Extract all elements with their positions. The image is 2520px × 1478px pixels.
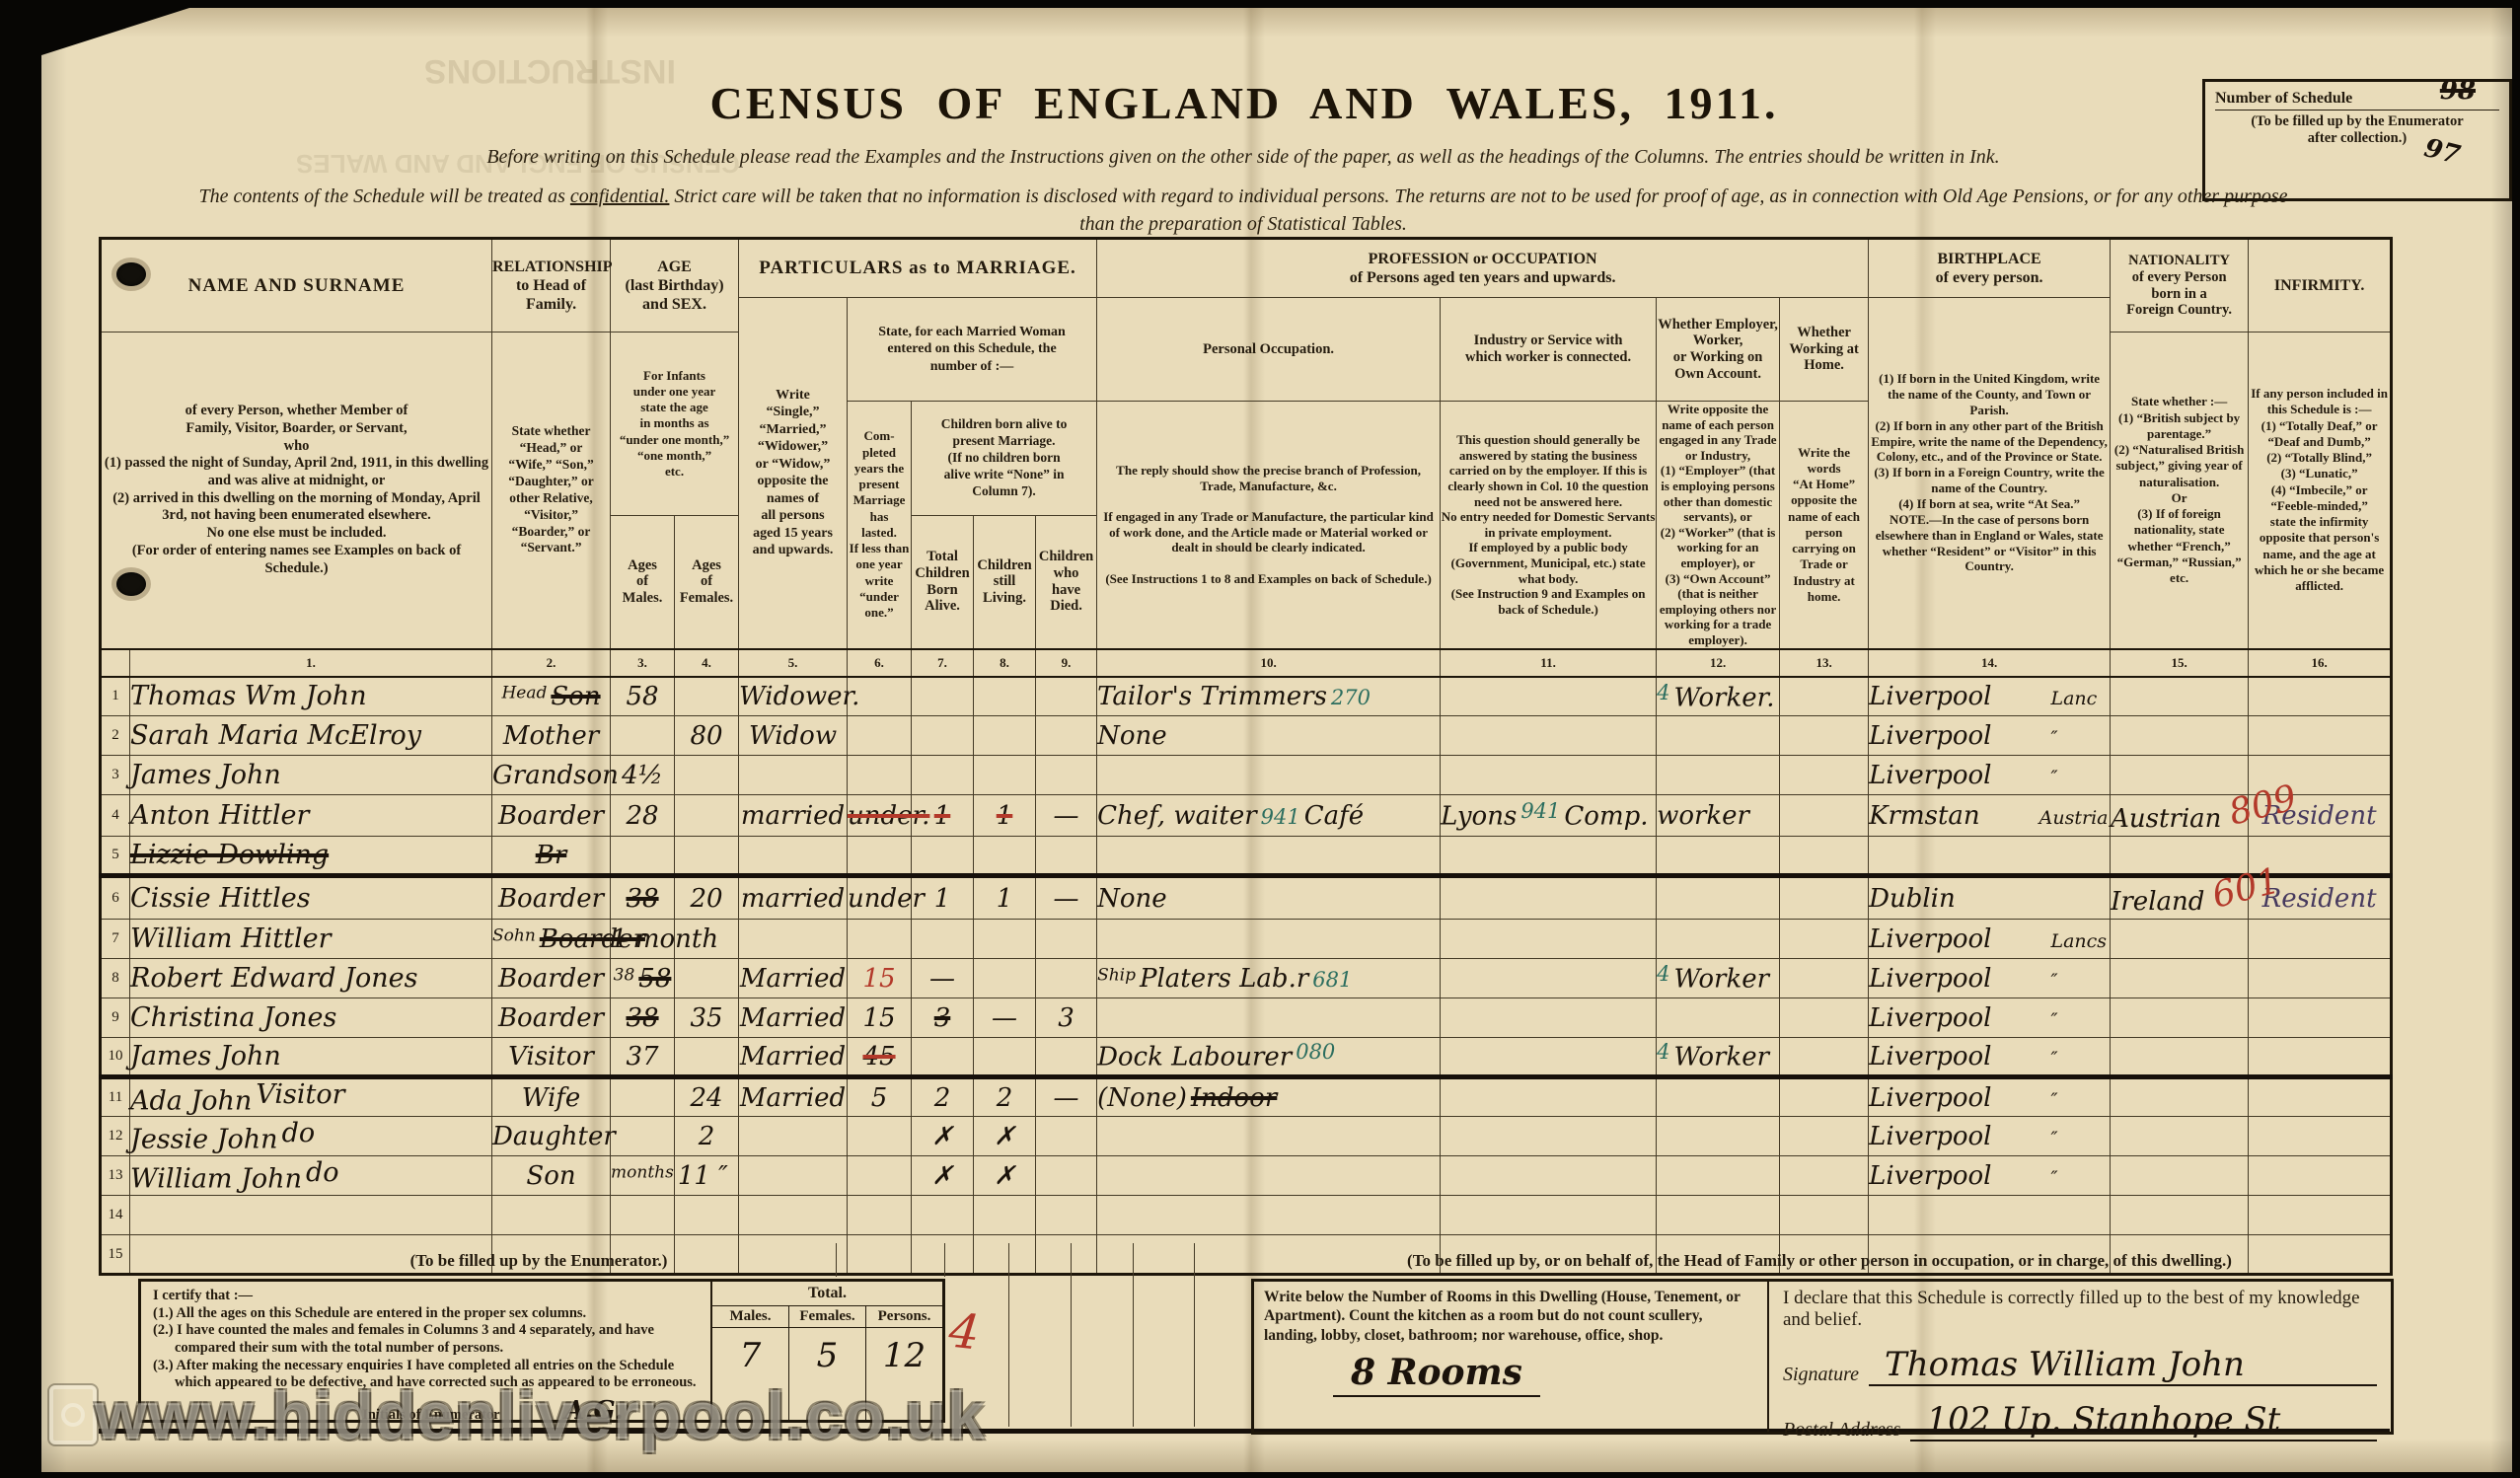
cell-cl: 2 (974, 1077, 1036, 1117)
cell-ind (1441, 1156, 1657, 1196)
table-row: 14 (101, 1196, 2392, 1235)
handwriting: 11 ″ (678, 1161, 728, 1191)
subtitle: Before writing on this Schedule please r… (138, 146, 2348, 169)
handwriting: Boarder (498, 964, 604, 994)
handwriting: William Hittler (130, 924, 332, 954)
handwriting: Mother (503, 721, 599, 751)
handwriting: Chef, waiter (1097, 801, 1257, 831)
cell-occ: Tailor's Trimmers 270 (1097, 677, 1441, 716)
col-num: 12. (1657, 649, 1780, 677)
cell-mar: Married (739, 959, 848, 998)
cell-name: Ada John Visitor (130, 1077, 492, 1117)
cell-af: 35 (675, 998, 739, 1038)
cell-mar: married (739, 795, 848, 837)
cell-ind (1441, 1117, 1657, 1156)
cell-bp: Liverpool ″ (1869, 959, 2111, 998)
red-annotation: 4 (946, 1303, 982, 1362)
cell-emp (1657, 837, 1780, 876)
cell-cb (912, 1196, 974, 1235)
handwriting: 58 (638, 964, 671, 994)
cell-occ: Ship Platers Lab.r 681 (1097, 959, 1441, 998)
header-employer-desc: Write opposite the name of each person e… (1657, 402, 1780, 649)
cell-am (611, 1077, 675, 1117)
signature-row: Signature Thomas William John (1783, 1345, 2377, 1386)
cell-emp: 4 Worker (1657, 959, 1780, 998)
cell-mar (739, 1117, 848, 1156)
row-number: 8 (101, 959, 130, 998)
header-relationship: RELATIONSHIP to Head of Family. (492, 239, 611, 333)
cell-af (675, 756, 739, 795)
signature-value: Thomas William John (1869, 1345, 2377, 1386)
handwriting: Liverpool (1869, 1161, 1991, 1191)
col-num: 11. (1441, 649, 1657, 677)
confidential-line2: than the preparation of Statistical Tabl… (118, 213, 2368, 236)
header-profession: PROFESSION or OCCUPATION of Persons aged… (1097, 239, 1869, 298)
declaration-text: I declare that this Schedule is correctl… (1783, 1288, 2377, 1331)
handwriting: Austria (2039, 807, 2109, 829)
cell-occ: None (1097, 876, 1441, 920)
cell-am (611, 716, 675, 756)
cell-am: 38 (611, 876, 675, 920)
handwriting: Lyons (1441, 802, 1517, 832)
handwriting: Dock Labourer (1097, 1043, 1292, 1072)
cell-home (1780, 1117, 1869, 1156)
cell-rel: Head Son (492, 677, 611, 716)
cell-bp: Liverpool Lancs (1869, 920, 2111, 959)
cell-rel: Br (492, 837, 611, 876)
handwriting: 1 (997, 884, 1013, 914)
header-ages-females: Ages of Females. (675, 516, 739, 649)
cell-emp: worker (1657, 795, 1780, 837)
handwriting: Dublin (1869, 884, 1956, 914)
col-num: 9. (1036, 649, 1097, 677)
cell-cb: 2 (912, 1077, 974, 1117)
cell-am: 38 58 (611, 959, 675, 998)
cell-bp: Liverpool ″ (1869, 756, 2111, 795)
handwriting: 270 (1331, 686, 1371, 709)
handwriting: Worker (1673, 1043, 1769, 1072)
header-infants: For Infants under one year state the age… (611, 333, 739, 516)
handwriting: Liverpool (1869, 964, 1991, 994)
cell-emp: 4 Worker (1657, 1038, 1780, 1077)
totals-females-label: Females. (789, 1306, 865, 1328)
cell-nat (2111, 998, 2249, 1038)
cell-inf (2249, 1077, 2392, 1117)
header-children-born: Total Children Born Alive. (912, 516, 974, 649)
cell-cb: ✗ (912, 1156, 974, 1196)
cell-rel: Sohn Boarder (492, 920, 611, 959)
header-at-home: Whether Working at Home. (1780, 298, 1869, 402)
cell-nat (2111, 756, 2249, 795)
table-row: 9Christina JonesBoarder3835Married153—3L… (101, 998, 2392, 1038)
cell-emp (1657, 716, 1780, 756)
header-birthplace: BIRTHPLACE of every person. (1869, 239, 2111, 298)
cell-af: 80 (675, 716, 739, 756)
header-children-died: Children who have Died. (1036, 516, 1097, 649)
row-number: 3 (101, 756, 130, 795)
handwriting: 20 (690, 884, 722, 914)
cell-nat (2111, 959, 2249, 998)
handwriting: Married (740, 1083, 846, 1113)
cell-ind (1441, 716, 1657, 756)
row-number: 2 (101, 716, 130, 756)
handwriting: 1 (934, 884, 951, 914)
cell-af (675, 837, 739, 876)
handwriting: Indoor (1191, 1083, 1277, 1113)
cell-am (611, 1196, 675, 1235)
certify-item: (2.) I have counted the males and female… (153, 1322, 701, 1357)
col-num: 8. (974, 649, 1036, 677)
cell-occ: Dock Labourer 080 (1097, 1038, 1441, 1077)
cell-home (1780, 1038, 1869, 1077)
totals-persons-label: Persons. (866, 1306, 942, 1328)
cell-cb (912, 677, 974, 716)
handwriting: 941 (1520, 799, 1560, 823)
address-label: Postal Address (1783, 1419, 1900, 1441)
handwriting: ✗ (931, 1122, 953, 1151)
handwriting: do (282, 1118, 316, 1148)
cell-mar: Married (739, 1077, 848, 1117)
census-scan: INSTRUCTIONS CENSUS OF ENGLAND AND WALES… (0, 0, 2520, 1478)
handwriting: Liverpool (1869, 1042, 1991, 1072)
column-rule (944, 1243, 945, 1277)
cell-cb (912, 920, 974, 959)
cell-cb: 3 (912, 998, 974, 1038)
confidential-post: Strict care will be taken that no inform… (669, 185, 2287, 207)
cell-am: 37 (611, 1038, 675, 1077)
cell-yrs (848, 1117, 912, 1156)
handwriting: 4½ (622, 761, 663, 790)
cell-mar: married (739, 876, 848, 920)
col-num: 15. (2111, 649, 2249, 677)
handwriting: James John (130, 1041, 281, 1072)
header-birthplace-desc: (1) If born in the United Kingdom, write… (1869, 298, 2111, 649)
handwriting: ″ (2050, 767, 2057, 788)
table-row: 1Thomas Wm JohnHead Son58Widower.Tailor'… (101, 677, 2392, 716)
handwriting: Ship (1097, 965, 1136, 985)
handwriting: ✗ (994, 1122, 1015, 1151)
handwriting: None (1097, 884, 1167, 914)
table-row: 7William HittlerSohn Boarder1 monthLiver… (101, 920, 2392, 959)
header-nationality: NATIONALITY of every Person born in a Fo… (2111, 239, 2249, 333)
header-marriage: PARTICULARS as to MARRIAGE. (739, 239, 1097, 298)
cell-rel: Grandson (492, 756, 611, 795)
cell-cd (1036, 837, 1097, 876)
handwriting: — (1054, 884, 1079, 914)
handwriting: 24 (690, 1083, 722, 1113)
cell-bp: Liverpool ″ (1869, 716, 2111, 756)
cell-bp: Liverpool ″ (1869, 1156, 2111, 1196)
cell-bp (1869, 837, 2111, 876)
cell-cl: ✗ (974, 1156, 1036, 1196)
cell-nat (2111, 837, 2249, 876)
handwriting: married (741, 801, 845, 831)
handwriting: worker (1657, 801, 1749, 831)
handwriting: Married (740, 964, 846, 994)
cell-occ: Chef, waiter 941 Café (1097, 795, 1441, 837)
handwriting: 28 (626, 801, 658, 831)
handwriting: Christina Jones (130, 1002, 336, 1033)
cell-af: 24 (675, 1077, 739, 1117)
cell-ind (1441, 959, 1657, 998)
handwriting: ✗ (994, 1161, 1015, 1191)
cell-ind (1441, 756, 1657, 795)
cell-home (1780, 876, 1869, 920)
cell-bp (1869, 1196, 2111, 1235)
handwriting: 3 (934, 1003, 951, 1033)
col-num: 5. (739, 649, 848, 677)
cell-cl (974, 716, 1036, 756)
cell-cl (974, 756, 1036, 795)
cell-am (611, 837, 675, 876)
handwriting: 38 (626, 884, 658, 914)
cell-af (675, 795, 739, 837)
totals-males-label: Males. (712, 1306, 788, 1328)
cell-yrs (848, 837, 912, 876)
header-name-desc: of every Person, whether Member of Famil… (101, 333, 492, 649)
handwriting: Liverpool (1869, 1003, 1991, 1033)
col-num: 1. (130, 649, 492, 677)
cell-ind (1441, 998, 1657, 1038)
table-row: 6Cissie HittlesBoarder3820marriedunder11… (101, 876, 2392, 920)
cell-cl: — (974, 998, 1036, 1038)
row-number: 15 (101, 1235, 130, 1275)
cell-yrs: 15 (848, 959, 912, 998)
cell-cd (1036, 959, 1097, 998)
header-infirmity-desc: If any person included in this Schedule … (2249, 333, 2392, 649)
cell-ind (1441, 677, 1657, 716)
cell-cl (974, 1038, 1036, 1077)
cell-cl (974, 959, 1036, 998)
handwriting: Visitor (256, 1079, 344, 1110)
cell-nat (2111, 1196, 2249, 1235)
handwriting: Ireland (2111, 887, 2204, 917)
handwriting: 15 (862, 964, 895, 994)
cell-am: months 11 ″ (611, 1156, 675, 1196)
cell-emp: 4 Worker. (1657, 677, 1780, 716)
cell-mar (739, 837, 848, 876)
handwriting: Liverpool (1869, 761, 1991, 790)
cell-af (675, 959, 739, 998)
handwriting: Daughter (492, 1122, 616, 1151)
table-row: 12Jessie John doDaughter2✗✗Liverpool ″ (101, 1117, 2392, 1156)
cell-bp: Liverpool ″ (1869, 998, 2111, 1038)
cell-bp: Dublin (1869, 876, 2111, 920)
cell-inf (2249, 1038, 2392, 1077)
handwriting: Son (526, 1161, 575, 1191)
rooms-text: Write below the Number of Rooms in this … (1264, 1288, 1757, 1345)
header-employer: Whether Employer, Worker, or Working on … (1657, 298, 1780, 402)
cell-af (675, 1038, 739, 1077)
row-number: 1 (101, 677, 130, 716)
handwriting: Worker. (1673, 683, 1774, 712)
handwriting: Widower. (739, 682, 859, 711)
handwriting: Worker (1673, 965, 1769, 995)
header-occupation-desc: The reply should show the precise branch… (1097, 402, 1441, 649)
header-industry: Industry or Service with which worker is… (1441, 298, 1657, 402)
cell-occ (1097, 1196, 1441, 1235)
col-num: 2. (492, 649, 611, 677)
cell-nat (2111, 1117, 2249, 1156)
cell-cl: 1 (974, 876, 1036, 920)
cell-cd: — (1036, 876, 1097, 920)
cell-name: Cissie Hittles (130, 876, 492, 920)
signature-label: Signature (1783, 1364, 1859, 1386)
handwriting: Br (536, 841, 567, 870)
cell-rel: Son (492, 1156, 611, 1196)
handwriting: Tailor's Trimmers (1097, 682, 1327, 711)
table-row: 2Sarah Maria McElroyMother80WidowNoneLiv… (101, 716, 2392, 756)
cell-ind (1441, 1077, 1657, 1117)
handwriting: Comp. (1564, 802, 1648, 832)
cell-home (1780, 1156, 1869, 1196)
row-number: 10 (101, 1038, 130, 1077)
handwriting: Ada John (130, 1085, 252, 1116)
cell-name: James John (130, 756, 492, 795)
cell-rel: Boarder (492, 795, 611, 837)
cell-cd (1036, 1156, 1097, 1196)
handwriting: Lanc (2050, 688, 2097, 709)
handwriting: 37 (626, 1042, 658, 1072)
table-row: 10James JohnVisitor37Married45Dock Labou… (101, 1038, 2392, 1077)
rooms-section: Write below the Number of Rooms in this … (1254, 1282, 1769, 1432)
cell-mar: Married (739, 1038, 848, 1077)
cell-occ (1097, 920, 1441, 959)
handwriting: 15 (862, 1003, 895, 1033)
schedule-number-box: Number of Schedule 98 (To be filled up b… (2202, 79, 2512, 201)
handwriting: under (848, 884, 925, 914)
handwriting: Boarder (498, 801, 604, 831)
cell-bp: Liverpool ″ (1869, 1077, 2111, 1117)
handwriting: Cissie Hittles (130, 883, 311, 914)
cell-occ: (None) Indoor (1097, 1077, 1441, 1117)
handwriting: do (306, 1157, 339, 1188)
schedule-number-struck: 98 (2440, 76, 2476, 106)
cell-home (1780, 795, 1869, 837)
declaration-section: I declare that this Schedule is correctl… (1769, 1282, 2391, 1432)
header-nationality-desc: State whether :— (1) “British subject by… (2111, 333, 2249, 649)
header-ages-males: Ages of Males. (611, 516, 675, 649)
handwriting: 5 (871, 1083, 888, 1113)
header-relationship-desc: State whether “Head,” or “Wife,” “Son,” … (492, 333, 611, 649)
declaration-box: Write below the Number of Rooms in this … (1251, 1279, 2394, 1435)
handwriting: ″ (2050, 1009, 2057, 1031)
row-number: 13 (101, 1156, 130, 1196)
col-num: 14. (1869, 649, 2111, 677)
cell-bp: Krmstan Austria (1869, 795, 2111, 837)
cell-bp: Liverpool Lanc (1869, 677, 2111, 716)
cell-inf (2249, 920, 2392, 959)
col-num: 16. (2249, 649, 2392, 677)
watermark-camera-icon (49, 1385, 97, 1444)
handwriting: Thomas Wm John (130, 681, 367, 711)
handwriting: 1 (997, 801, 1013, 831)
confidential-note: The contents of the Schedule will be tre… (118, 185, 2368, 208)
handwriting: Widow (749, 721, 837, 751)
cell-occ (1097, 756, 1441, 795)
handwriting: Liverpool (1869, 924, 1991, 954)
handwriting: Liverpool (1869, 682, 1991, 711)
cell-yrs (848, 1196, 912, 1235)
cell-cb: ✗ (912, 1117, 974, 1156)
handwriting: William John (130, 1163, 302, 1194)
handwriting: Sohn (492, 925, 536, 945)
table-row: 8Robert Edward JonesBoarder38 58Married1… (101, 959, 2392, 998)
cell-emp (1657, 1196, 1780, 1235)
table-row: 13William John doSonmonths 11 ″✗✗Liverpo… (101, 1156, 2392, 1196)
handwriting: ✗ (931, 1161, 953, 1191)
handwriting: 080 (1296, 1040, 1335, 1064)
cell-inf (2249, 1156, 2392, 1196)
row-number: 7 (101, 920, 130, 959)
cell-name: James John (130, 1038, 492, 1077)
handwriting: — (1054, 801, 1079, 831)
handwriting: (None) (1097, 1083, 1187, 1113)
cell-name: Anton Hittler (130, 795, 492, 837)
handwriting: Married (740, 1003, 846, 1033)
cell-yrs (848, 716, 912, 756)
cell-ind (1441, 1196, 1657, 1235)
handwriting: 2 (997, 1083, 1013, 1113)
handwriting: 3 (1058, 1003, 1075, 1033)
handwriting: 4 (1657, 962, 1669, 986)
handwriting: Platers Lab.r (1140, 964, 1308, 994)
address-row: Postal Address 102 Up. Stanhope St (1783, 1400, 2377, 1441)
cell-ind: Lyons 941 Comp. (1441, 795, 1657, 837)
handwriting: months (611, 1163, 674, 1183)
cell-ind (1441, 1038, 1657, 1077)
cell-af (675, 677, 739, 716)
handwriting: 1 month (611, 924, 718, 954)
cell-inf (2249, 677, 2392, 716)
cell-nat (2111, 677, 2249, 716)
confidential-word: confidential. (570, 185, 670, 207)
cell-emp (1657, 1117, 1780, 1156)
census-body: 1Thomas Wm JohnHead Son58Widower.Tailor'… (101, 677, 2392, 1275)
cell-rel: Boarder (492, 959, 611, 998)
cell-mar (739, 756, 848, 795)
cell-cl: ✗ (974, 1117, 1036, 1156)
header-children-banner: Children born alive to present Marriage.… (912, 402, 1097, 516)
cell-rel: Wife (492, 1077, 611, 1117)
handwriting: Boarder (498, 884, 604, 914)
certify-item: (1.) All the ages on this Schedule are e… (153, 1305, 701, 1323)
handwriting: — (929, 964, 955, 994)
handwriting: ″ (2050, 1128, 2057, 1149)
cell-af: 2 (675, 1117, 739, 1156)
cell-home (1780, 998, 1869, 1038)
handwriting: ″ (2050, 727, 2057, 749)
confidential-pre: The contents of the Schedule will be tre… (198, 185, 569, 207)
cell-home (1780, 677, 1869, 716)
cell-yrs: 15 (848, 998, 912, 1038)
cell-name: Thomas Wm John (130, 677, 492, 716)
cell-name: Lizzie Dowling (130, 837, 492, 876)
householder-caption: (To be filled up by, or on behalf of, th… (1251, 1251, 2388, 1271)
cell-nat: Austrian 809 (2111, 795, 2249, 837)
cell-rel: Mother (492, 716, 611, 756)
cell-cd (1036, 920, 1097, 959)
cell-rel: Boarder (492, 876, 611, 920)
enumerator-caption: (To be filled up by the Enumerator.) (138, 1251, 939, 1271)
handwriting: Boarder (498, 1003, 604, 1033)
handwriting: 35 (690, 1003, 722, 1033)
handwriting: ″ (2050, 1048, 2057, 1070)
cell-occ (1097, 1156, 1441, 1196)
handwriting: 2 (699, 1122, 715, 1151)
cell-cl (974, 920, 1036, 959)
cell-yrs: 5 (848, 1077, 912, 1117)
